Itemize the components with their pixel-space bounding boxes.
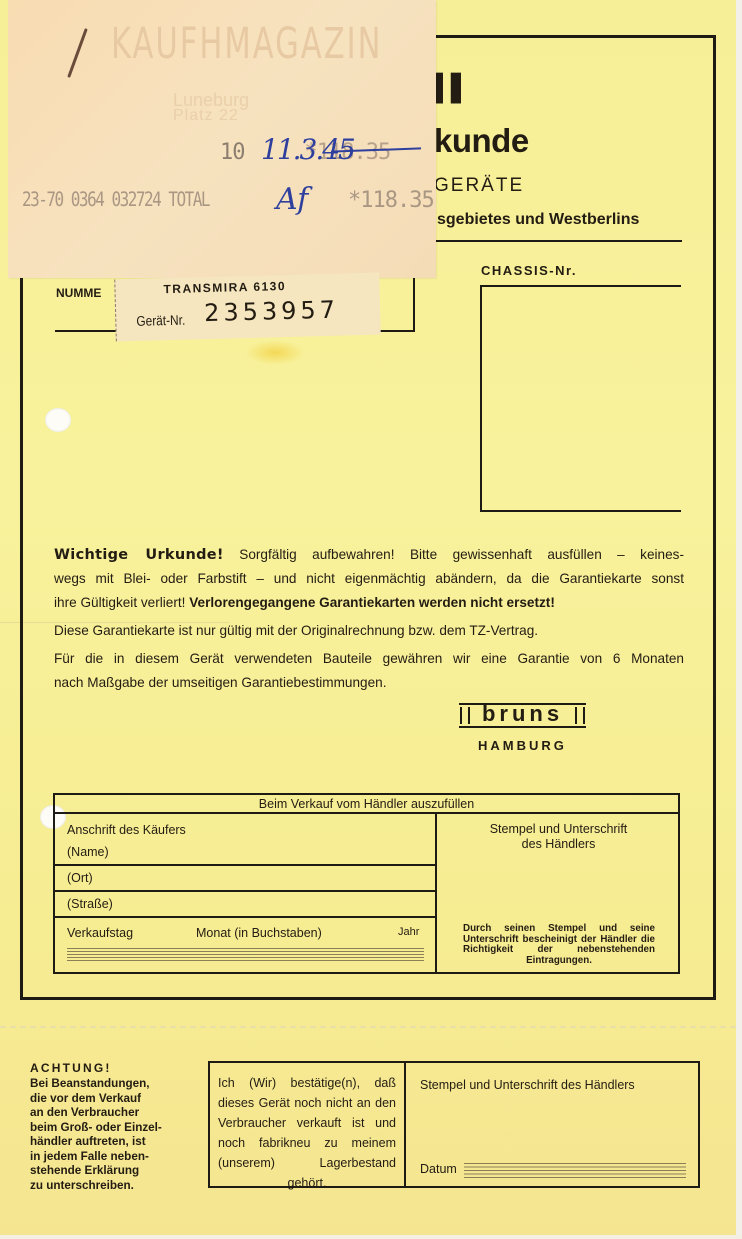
- notice-line-2: wegs mit Blei- oder Farbstift – und nich…: [54, 567, 684, 591]
- dealer-form: Beim Verkauf vom Händler auszufüllen Ans…: [53, 793, 680, 974]
- achtung-heading: ACHTUNG!: [30, 1061, 112, 1075]
- notice-line-3: ihre Gültigkeit verliert! Verlorengegang…: [54, 591, 684, 615]
- confirmation-stamp-title: Stempel und Unterschrift des Händlers: [420, 1078, 635, 1092]
- region-line: sgebietes und Westberlins: [437, 211, 639, 229]
- buyer-address-label: Anschrift des Käufers: [67, 823, 186, 837]
- notice-line-1: Wichtige Urkunde! Sorgfältig aufbewahren…: [54, 543, 684, 567]
- device-number-label: Gerät-Nr.: [136, 312, 185, 329]
- receipt-store-street: Platz 22: [173, 107, 239, 125]
- buyer-address-section: Anschrift des Käufers (Name) (Ort) (Stra…: [55, 814, 437, 972]
- date-field[interactable]: [464, 1163, 686, 1178]
- notice-line-5: Für die in diesem Gerät verwendeten Baut…: [54, 647, 684, 671]
- brand-name: bruns: [482, 703, 563, 725]
- card-title: kunde: [434, 122, 529, 160]
- dealer-stamp-section[interactable]: Stempel und Unterschrift des Händlers Du…: [439, 814, 678, 972]
- sale-year-label: Jahr: [398, 926, 419, 938]
- model-name: TRANSMIRA 6130: [163, 279, 286, 296]
- glue-stain: [245, 340, 305, 365]
- punch-hole-icon: [45, 408, 71, 432]
- paper-edge-bottom: [0, 1235, 742, 1239]
- buyer-street-field[interactable]: [55, 916, 437, 918]
- brand-mark-fragment: ▌▌: [433, 76, 469, 102]
- confirmation-statement: Ich (Wir) bestätige(n), daß dieses Gerät…: [210, 1063, 406, 1186]
- device-number-value: 2353957: [204, 296, 340, 328]
- date-label: Datum: [420, 1162, 457, 1176]
- receipt-code: 23-70 0364 032724 TOTAL: [22, 188, 209, 211]
- confirmation-stamp-area[interactable]: Stempel und Unterschrift des Händlers Da…: [408, 1063, 698, 1186]
- receipt-total: *118.35: [348, 188, 434, 213]
- brand-logo: bruns: [459, 703, 586, 728]
- important-notice: Wichtige Urkunde! Sorgfältig aufbewahren…: [54, 543, 684, 695]
- achtung-text: Bei Beanstandungen, die vor dem Verkauf …: [30, 1077, 200, 1193]
- buyer-city-label: (Ort): [67, 871, 93, 885]
- dealer-stamp-note: Durch seinen Stempel und seine Unterschr…: [463, 924, 655, 966]
- receipt-line-prefix: 10: [220, 140, 245, 165]
- notice-line-6: nach Maßgabe der umseitigen Garantiebest…: [54, 671, 684, 695]
- serial-number-label: TRANSMIRA 6130 Gerät-Nr. 2353957: [114, 273, 381, 342]
- notice-line-4: Diese Garantiekarte ist nur gültig mit d…: [54, 619, 684, 643]
- pen-mark: [67, 28, 88, 78]
- nummer-field-bracket: [378, 278, 415, 332]
- perforation-line: [0, 1026, 736, 1028]
- dealer-confirmation: Ich (Wir) bestätige(n), daß dieses Gerät…: [208, 1061, 700, 1188]
- header-divider: [430, 240, 682, 242]
- dealer-stamp-title: Stempel und Unterschrift des Händlers: [439, 822, 678, 852]
- handwritten-initials: Af: [276, 182, 308, 217]
- sale-date-field[interactable]: [67, 948, 424, 962]
- buyer-city-field[interactable]: [55, 890, 437, 892]
- nummer-label: NUMME: [56, 286, 101, 300]
- sale-day-label: Verkaufstag: [67, 926, 133, 940]
- dealer-form-header: Beim Verkauf vom Händler auszufüllen: [55, 795, 678, 814]
- notice-heading: Wichtige Urkunde!: [54, 547, 224, 563]
- card-subtitle: GERÄTE: [434, 175, 524, 197]
- paper-edge: [736, 0, 742, 1239]
- buyer-name-field[interactable]: [55, 864, 437, 866]
- nummer-field-line: [55, 330, 120, 332]
- cash-receipt: KAUFHMAGAZIN Luneburg Platz 22 10*118.35…: [8, 0, 436, 278]
- chassis-label: CHASSIS-Nr.: [481, 263, 577, 278]
- buyer-street-label: (Straße): [67, 897, 113, 911]
- receipt-store-name: KAUFHMAGAZIN: [111, 19, 383, 69]
- chassis-number-field[interactable]: [480, 285, 681, 512]
- brand-city: HAMBURG: [478, 738, 567, 753]
- sale-month-label: Monat (in Buchstaben): [196, 926, 322, 940]
- buyer-name-label: (Name): [67, 845, 109, 859]
